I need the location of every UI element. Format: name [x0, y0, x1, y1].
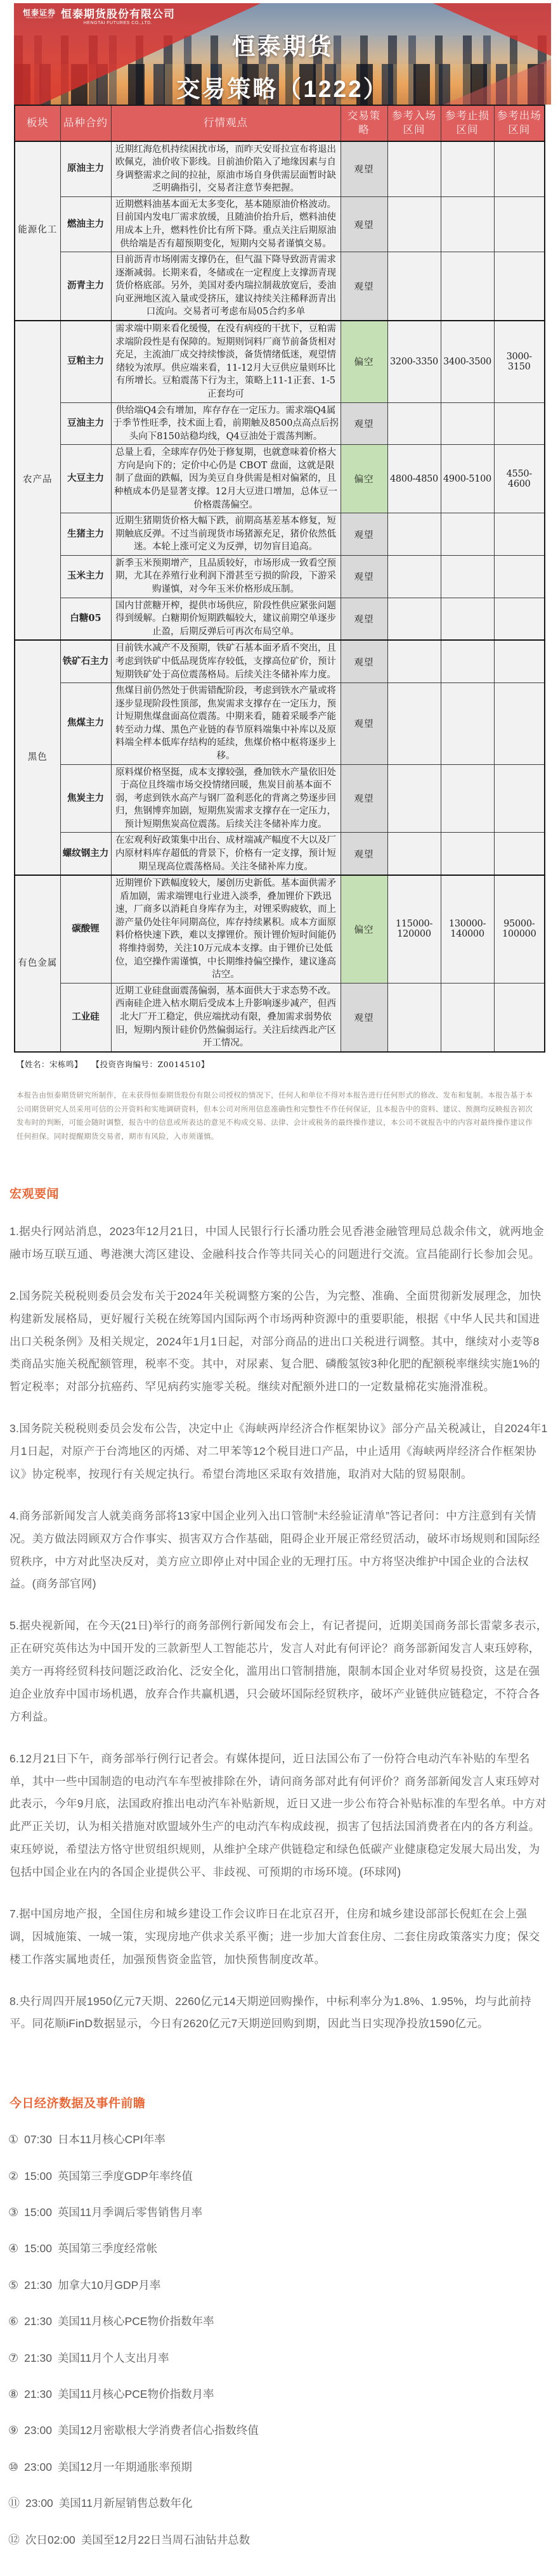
sector-cell: 农产品: [15, 321, 60, 640]
analyst-line: 【姓名：宋栋鸣】 【投资咨询编号：Z0014510】: [16, 1058, 558, 1070]
stop-range-cell: [441, 252, 494, 321]
event-time: 次日02:00: [25, 2533, 75, 2547]
logo-securities-en: HENGTAI SECURITIES: [23, 16, 56, 19]
analyst-name: 【姓名：宋栋鸣】: [16, 1060, 82, 1069]
market-view-cell: 总量上看，全球库存仍处于修复期，也就意味着价格大方向是向下的；定价中心仍是 CB…: [111, 445, 341, 513]
market-view-cell: 焦煤目前仍然处于供需错配阶段，考虑到铁水产量或将逐步显现阶段性顶部，焦炭需求支撑…: [111, 683, 341, 764]
event-text: 美国12月密歇根大学消费者信心指数终值: [58, 2423, 259, 2438]
exit-range-cell: [494, 764, 545, 833]
exit-range-cell: [494, 833, 545, 875]
strategy-cell: 观望: [341, 598, 387, 640]
strategy-table-body: 能源化工原油主力近期红海危机持续困扰市场，而昨天安哥拉宣布将退出欧佩克，油价收下…: [15, 141, 545, 1052]
entry-range-cell: [387, 196, 441, 252]
market-view-cell: 新季玉米预期增产，且品质较好，市场形成一致看空预期，尤其在养殖行业利润下滑甚至亏…: [111, 555, 341, 598]
stop-range-cell: [441, 833, 494, 875]
strategy-cell: 偏空: [341, 321, 387, 402]
macro-news-item: 2.国务院关税税则委员会发布关于2024年关税调整方案的公告，为完整、准确、全面…: [10, 1285, 549, 1399]
market-view-cell: 近期生猪期货价格大幅下跌，前期高基差基本修复，短期触底反弹。不过当前现货市场猪源…: [111, 513, 341, 556]
strategy-cell: 观望: [341, 513, 387, 556]
market-view-cell: 国内甘蔗糖开榨，提供市场供应，阶段性供应紧张问题得到缓解。白糖期价短期跌幅较大，…: [111, 598, 341, 640]
exit-range-cell: [494, 196, 545, 252]
entry-range-cell: [387, 252, 441, 321]
company-logo: 恒泰证券 HENGTAI SECURITIES 恒泰期货股份有限公司 HENGT…: [23, 9, 175, 25]
analyst-license: 【投资咨询编号：Z0014510】: [92, 1060, 209, 1069]
table-header-row: 板块品种合约行情观点交易策略参考入场区间参考止损区间参考出场区间: [15, 105, 545, 141]
event-item: ⑧21:30美国11月核心PCE物价指数月率: [8, 2387, 549, 2402]
strategy-cell: 观望: [341, 555, 387, 598]
table-header-cell: 参考入场区间: [387, 105, 441, 141]
event-text: 英国第三季度GDP年率终值: [58, 2169, 193, 2184]
strategy-cell: 观望: [341, 983, 387, 1051]
exit-range-cell: [494, 513, 545, 556]
event-number-badge: ⑪: [8, 2496, 20, 2511]
macro-news-item: 8.央行周四开展1950亿元7天期、2260亿元14天期逆回购操作，中标利率分为…: [10, 1990, 549, 2036]
table-row: 大豆主力总量上看，全球库存仍处于修复期，也就意味着价格大方向是向下的；定价中心仍…: [15, 445, 545, 513]
stop-range-cell: [441, 764, 494, 833]
contract-cell: 玉米主力: [60, 555, 111, 598]
macro-news-item: 3.国务院关税税则委员会发布公告，决定中止《海峡两岸经济合作框架协议》部分产品关…: [10, 1418, 549, 1486]
sector-cell: 有色金属: [15, 875, 60, 1052]
contract-cell: 沥青主力: [60, 252, 111, 321]
exit-range-cell: 4550-4600: [494, 445, 545, 513]
contract-cell: 大豆主力: [60, 445, 111, 513]
stop-range-cell: [441, 555, 494, 598]
market-view-cell: 近期燃料油基本面无太多变化，基本随原油价格波动。目前国内发电厂需求放缓，且随油价…: [111, 196, 341, 252]
event-number-badge: ⑥: [8, 2314, 18, 2329]
table-row: 玉米主力新季玉米预期增产，且品质较好，市场形成一致看空预期，尤其在养殖行业利润下…: [15, 555, 545, 598]
event-time: 21:30: [24, 2314, 52, 2329]
exit-range-cell: [494, 141, 545, 197]
stop-range-cell: [441, 640, 494, 682]
strategy-cell: 观望: [341, 764, 387, 833]
strategy-cell: 观望: [341, 402, 387, 445]
event-number-badge: ②: [8, 2169, 18, 2184]
strategy-cell: 观望: [341, 252, 387, 321]
exit-range-cell: [494, 983, 545, 1051]
exit-range-cell: 3000-3150: [494, 321, 545, 402]
table-row: 白糖05国内甘蔗糖开榨，提供市场供应，阶段性供应紧张问题得到缓解。白糖期价短期跌…: [15, 598, 545, 640]
event-text: 美国11月核心PCE物价指数月率: [58, 2387, 214, 2402]
event-item: ⑪23:00美国11月新屋销售总数年化: [8, 2496, 549, 2511]
events-heading: 今日经济数据及事件前瞻: [10, 2094, 558, 2111]
table-row: 有色金属碳酸锂近期锂价下跌幅度较大，屡创历史新低。基本面供需矛盾加剧，需求端锂电…: [15, 875, 545, 983]
contract-cell: 铁矿石主力: [60, 640, 111, 682]
event-number-badge: ③: [8, 2205, 18, 2220]
macro-news-item: 7.据中国房地产报，全国住房和城乡建设工作会议昨日在北京召开，住房和城乡建设部部…: [10, 1903, 549, 1971]
macro-news-item: 5.据央视新闻，在今天(21日)举行的商务部例行新闻发布会上，有记者提问，近期美…: [10, 1615, 549, 1728]
contract-cell: 工业硅: [60, 983, 111, 1051]
table-row: 沥青主力目前沥青市场刚需支撑仍在，但气温下降导致沥青需求逐渐减弱。长期来看，冬储…: [15, 252, 545, 321]
event-number-badge: ⑤: [8, 2278, 18, 2293]
strategy-cell: 观望: [341, 833, 387, 875]
strategy-table: 板块品种合约行情观点交易策略参考入场区间参考止损区间参考出场区间 能源化工原油主…: [14, 105, 545, 1053]
table-row: 豆油主力供给端Q4会有增加，库存存在一定压力。需求端Q4属于季节性旺季，技术面上…: [15, 402, 545, 445]
banner-image: 恒泰证券 HENGTAI SECURITIES 恒泰期货股份有限公司 HENGT…: [14, 3, 551, 105]
exit-range-cell: [494, 598, 545, 640]
table-row: 黑色铁矿石主力目前铁水减产不及预期，铁矿石基本面矛盾不突出，且考虑到铁矿中低品现…: [15, 640, 545, 682]
exit-range-cell: 95000-100000: [494, 875, 545, 983]
events-list: ①07:30日本11月核心CPI年率②15:00英国第三季度GDP年率终值③15…: [0, 2132, 558, 2547]
macro-heading: 宏观要闻: [10, 1184, 558, 1201]
event-item: ②15:00英国第三季度GDP年率终值: [8, 2169, 549, 2184]
event-text: 美国11月新屋销售总数年化: [59, 2496, 193, 2511]
table-row: 生猪主力近期生猪期货价格大幅下跌，前期高基差基本修复，短期触底反弹。不过当前现货…: [15, 513, 545, 556]
event-time: 23:00: [25, 2496, 53, 2511]
table-row: 能源化工原油主力近期红海危机持续困扰市场，而昨天安哥拉宣布将退出欧佩克，油价收下…: [15, 141, 545, 197]
exit-range-cell: [494, 640, 545, 682]
table-row: 焦炭主力原料煤价格坚挺，成本支撑较强，叠加铁水产量依旧处于高位且终端市场交投情绪…: [15, 764, 545, 833]
table-row: 燃油主力近期燃料油基本面无太多变化，基本随原油价格波动。目前国内发电厂需求放缓，…: [15, 196, 545, 252]
entry-range-cell: [387, 764, 441, 833]
table-header-cell: 参考止损区间: [441, 105, 494, 141]
event-time: 15:00: [24, 2205, 52, 2220]
exit-range-cell: [494, 402, 545, 445]
stop-range-cell: [441, 983, 494, 1051]
strategy-cell: 观望: [341, 196, 387, 252]
entry-range-cell: [387, 833, 441, 875]
strategy-cell: 偏空: [341, 875, 387, 983]
exit-range-cell: [494, 252, 545, 321]
table-row: 农产品豆粕主力需求端中期来看化缓慢，在没有病疫的干扰下，豆粕需求端阶段性是有保障…: [15, 321, 545, 402]
contract-cell: 豆油主力: [60, 402, 111, 445]
market-view-cell: 近期锂价下跌幅度较大，屡创历史新低。基本面供需矛盾加剧，需求端锂电行业进入淡季，…: [111, 875, 341, 983]
stop-range-cell: [441, 683, 494, 764]
market-view-cell: 原料煤价格坚挺，成本支撑较强，叠加铁水产量依旧处于高位且终端市场交投情绪回暖，焦…: [111, 764, 341, 833]
entry-range-cell: [387, 640, 441, 682]
entry-range-cell: [387, 683, 441, 764]
table-header-cell: 品种合约: [60, 105, 111, 141]
contract-cell: 燃油主力: [60, 196, 111, 252]
disclaimer-text: 本报告由恒泰期货研究所制作，在未获得恒泰期货股份有限公司授权的情况下，任何人和单…: [16, 1089, 539, 1144]
event-text: 英国第三季度经常帐: [58, 2241, 158, 2256]
entry-range-cell: 4800-4850: [387, 445, 441, 513]
event-text: 英国11月季调后零售销售月率: [58, 2205, 202, 2220]
market-view-cell: 需求端中期来看化缓慢，在没有病疫的干扰下，豆粕需求端阶段性是有保障的。短期则饲料…: [111, 321, 341, 402]
entry-range-cell: [387, 513, 441, 556]
market-view-cell: 供给端Q4会有增加，库存存在一定压力。需求端Q4属于季节性旺季，技术面上看，前期…: [111, 402, 341, 445]
event-item: ⑫次日02:00美国至12月22日当周石油钻井总数: [8, 2533, 549, 2547]
strategy-cell: 偏空: [341, 445, 387, 513]
page-title-line2: 交易策略（1222）: [14, 70, 551, 104]
logo-company-cn: 恒泰期货股份有限公司: [61, 9, 175, 21]
page-title: 恒泰期货 交易策略（1222）: [14, 27, 551, 104]
event-text: 美国11月核心PCE物价指数年率: [58, 2314, 214, 2329]
table-header-cell: 交易策略: [341, 105, 387, 141]
table-header-cell: 行情观点: [111, 105, 341, 141]
entry-range-cell: [387, 983, 441, 1051]
event-text: 美国至12月22日当周石油钻井总数: [81, 2533, 250, 2547]
contract-cell: 螺纹钢主力: [60, 833, 111, 875]
event-item: ①07:30日本11月核心CPI年率: [8, 2132, 549, 2147]
event-time: 21:30: [24, 2387, 52, 2402]
table-row: 工业硅近期工业硅盘面震荡偏弱，基本面供大于求态势不改。西南硅企进入枯水期后受成本…: [15, 983, 545, 1051]
exit-range-cell: [494, 683, 545, 764]
event-number-badge: ⑧: [8, 2387, 18, 2402]
table-row: 焦煤主力焦煤目前仍然处于供需错配阶段，考虑到铁水产量或将逐步显现阶段性顶部，焦炭…: [15, 683, 545, 764]
contract-cell: 豆粕主力: [60, 321, 111, 402]
contract-cell: 原油主力: [60, 141, 111, 197]
event-time: 15:00: [24, 2169, 52, 2184]
macro-news-item: 6.12月21日下午，商务部举行例行记者会。有媒体提问，近日法国公布了一份符合电…: [10, 1748, 549, 1884]
contract-cell: 焦煤主力: [60, 683, 111, 764]
strategy-cell: 观望: [341, 141, 387, 197]
macro-news-item: 1.据央行网站消息，2023年12月21日，中国人民银行行长潘功胜会见香港金融管…: [10, 1221, 549, 1266]
contract-cell: 白糖05: [60, 598, 111, 640]
entry-range-cell: 3200-3350: [387, 321, 441, 402]
contract-cell: 碳酸锂: [60, 875, 111, 983]
stop-range-cell: 3400-3500: [441, 321, 494, 402]
event-item: ④15:00英国第三季度经常帐: [8, 2241, 549, 2256]
event-time: 21:30: [24, 2351, 52, 2366]
event-time: 23:00: [24, 2423, 52, 2438]
stop-range-cell: 4900-5100: [441, 445, 494, 513]
market-view-cell: 目前铁水减产不及预期，铁矿石基本面矛盾不突出，且考虑到铁矿中低品现货库存较低，支…: [111, 640, 341, 682]
entry-range-cell: [387, 402, 441, 445]
sector-cell: 黑色: [15, 640, 60, 875]
event-text: 日本11月核心CPI年率: [58, 2132, 165, 2147]
entry-range-cell: [387, 598, 441, 640]
strategy-cell: 观望: [341, 683, 387, 764]
page-title-line1: 恒泰期货: [14, 27, 551, 61]
event-item: ⑨23:00美国12月密歇根大学消费者信心指数终值: [8, 2423, 549, 2438]
event-item: ⑤21:30加拿大10月GDP月率: [8, 2278, 549, 2293]
event-item: ③15:00英国11月季调后零售销售月率: [8, 2205, 549, 2220]
exit-range-cell: [494, 555, 545, 598]
event-item: ⑥21:30美国11月核心PCE物价指数年率: [8, 2314, 549, 2329]
contract-cell: 焦炭主力: [60, 764, 111, 833]
event-number-badge: ⑫: [8, 2533, 20, 2547]
logo-company-en: HENGTAI FUTURES CO.,LTD.: [61, 21, 175, 26]
event-text: 加拿大10月GDP月率: [58, 2278, 160, 2293]
event-time: 23:00: [24, 2460, 52, 2475]
event-time: 15:00: [24, 2241, 52, 2256]
event-number-badge: ⑨: [8, 2423, 18, 2438]
market-view-cell: 近期红海危机持续困扰市场，而昨天安哥拉宣布将退出欧佩克，油价收下影线。目前油价陷…: [111, 141, 341, 197]
table-header-cell: 板块: [15, 105, 60, 141]
sector-cell: 能源化工: [15, 141, 60, 321]
event-number-badge: ①: [8, 2132, 18, 2147]
strategy-cell: 观望: [341, 640, 387, 682]
stop-range-cell: 130000-140000: [441, 875, 494, 983]
market-view-cell: 近期工业硅盘面震荡偏弱，基本面供大于求态势不改。西南硅企进入枯水期后受成本上升影…: [111, 983, 341, 1051]
stop-range-cell: [441, 598, 494, 640]
event-time: 21:30: [24, 2278, 52, 2293]
event-number-badge: ⑩: [8, 2460, 18, 2475]
entry-range-cell: 115000-120000: [387, 875, 441, 983]
market-view-cell: 目前沥青市场刚需支撑仍在，但气温下降导致沥青需求逐渐减弱。长期来看，冬储或在一定…: [111, 252, 341, 321]
market-view-cell: 在宏观利好政策集中出台、成材端减产幅度不大以及厂内原材料库存超低的背景下，价格有…: [111, 833, 341, 875]
event-number-badge: ④: [8, 2241, 18, 2256]
event-item: ⑦21:30美国11月个人支出月率: [8, 2351, 549, 2366]
report-page: 恒泰证券 HENGTAI SECURITIES 恒泰期货股份有限公司 HENGT…: [0, 0, 558, 2576]
stop-range-cell: [441, 196, 494, 252]
event-number-badge: ⑦: [8, 2351, 18, 2366]
event-text: 美国12月一年期通胀率预期: [58, 2460, 192, 2475]
entry-range-cell: [387, 141, 441, 197]
table-row: 螺纹钢主力在宏观利好政策集中出台、成材端减产幅度不大以及厂内原材料库存超低的背景…: [15, 833, 545, 875]
contract-cell: 生猪主力: [60, 513, 111, 556]
stop-range-cell: [441, 402, 494, 445]
event-text: 美国11月个人支出月率: [58, 2351, 169, 2366]
entry-range-cell: [387, 555, 441, 598]
table-header-cell: 参考出场区间: [494, 105, 545, 141]
macro-news-item: 4.商务部新闻发言人就美商务部将13家中国企业列入出口管制“未经验证清单”答记者…: [10, 1505, 549, 1596]
event-time: 07:30: [24, 2132, 52, 2147]
stop-range-cell: [441, 141, 494, 197]
event-item: ⑩23:00美国12月一年期通胀率预期: [8, 2460, 549, 2475]
stop-range-cell: [441, 513, 494, 556]
macro-news-list: 1.据央行网站消息，2023年12月21日，中国人民银行行长潘功胜会见香港金融管…: [0, 1221, 558, 2035]
